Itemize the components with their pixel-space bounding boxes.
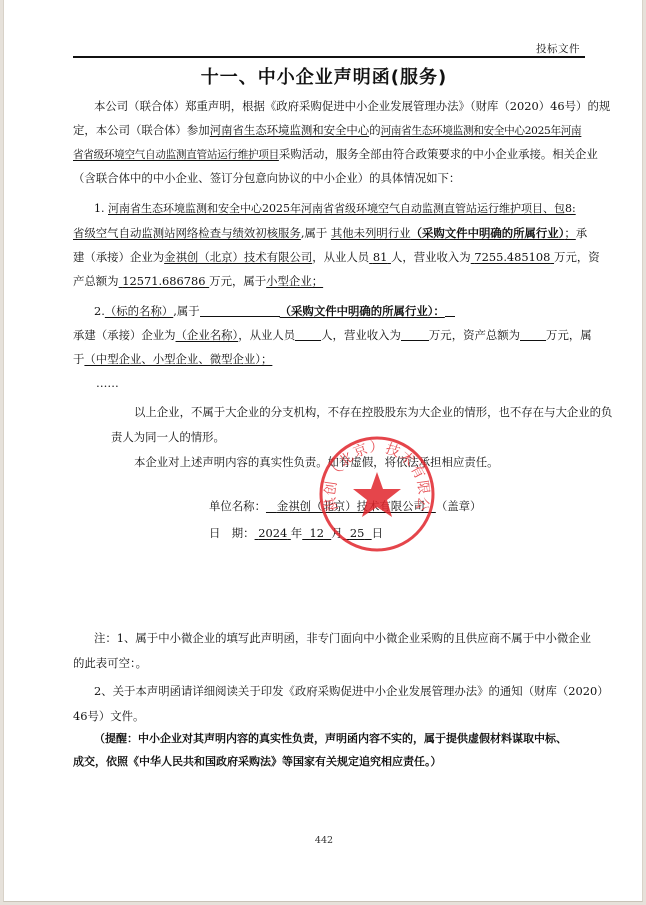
- assets-blank: [520, 329, 546, 341]
- intro-line-3: 省省级环境空气自动监测直管站运行维护项目采购活动，服务全部由符合政策要求的中小企…: [73, 146, 598, 163]
- industry-blank: [445, 305, 455, 317]
- intro-text: （财库（2020）46号）的规: [470, 99, 610, 113]
- document-page: 投标文件 十一、中小企业声明函(服务) 本公司（联合体）郑重声明，根据《政府采购…: [3, 0, 643, 902]
- date-label: 日 期：: [209, 526, 255, 540]
- company-seal-icon: 金祺创（北京）技术有限公司: [317, 434, 437, 554]
- label-text: ；: [564, 226, 575, 240]
- revenue-blank: [401, 329, 429, 341]
- ellipsis: ……: [96, 375, 119, 391]
- intro-text: 采购活动，服务全部由符合政策要求的中小企业承接。相关企业: [279, 147, 598, 161]
- item-number: 1.: [94, 202, 105, 215]
- label-text: ，从业人员: [238, 328, 295, 342]
- item-number: 2.: [94, 304, 105, 318]
- reminder-line-2: 成交，依照《中华人民共和国政府采购法》等国家有关规定追究相应责任。）: [73, 754, 442, 770]
- label-text: ,属于: [301, 226, 327, 240]
- law-title: 《政府采购促进中小企业发展管理办法》: [265, 99, 470, 113]
- item2-contractor: （企业名称）: [176, 328, 239, 342]
- item1-contractor: 金祺创（北京）技术有限公司: [164, 250, 312, 264]
- label-text: 万元，属: [546, 328, 592, 342]
- date-year: 2024: [258, 526, 287, 540]
- label-text: 万元，资: [554, 250, 600, 264]
- reminder-line-1: （提醒：中小企业对其声明内容的真实性负责，声明函内容不实的，属于提供虚假材料谋取…: [94, 731, 567, 747]
- unit-label: 单位名称：: [209, 499, 266, 513]
- header-rule: [73, 56, 585, 58]
- page-number: 442: [4, 835, 644, 846]
- label-text: 万元，资产总额为: [429, 328, 520, 342]
- intro-text: 本公司（联合体）郑重声明，根据: [94, 99, 265, 113]
- item1-industry: 其他未列明行业: [331, 226, 411, 240]
- label-text: 承建（承接）企业为: [73, 328, 176, 342]
- label-text: 人，营业收入为: [321, 328, 401, 342]
- item1-revenue: 7255.485108: [474, 250, 550, 264]
- intro-line-2: 定，本公司（联合体）参加河南省生态环境监测和安全中心的河南省生态环境监测和安全中…: [73, 122, 581, 139]
- purchaser-name: 河南省生态环境监测和安全中心: [210, 123, 369, 137]
- label-text: 于: [73, 352, 84, 366]
- item1-line-4: 产总额为 12571.686786 万元，属于小型企业；: [73, 273, 323, 289]
- item2-subject: （标的名称）: [105, 304, 173, 318]
- item1-line-1: 1. 河南省生态环境监测和安全中心2025年河南省省级环境空气自动监测直管站运行…: [94, 201, 576, 217]
- label-text: 年: [291, 526, 302, 540]
- industry-blank: [200, 305, 280, 317]
- item1-subject: 河南省生态环境监测和安全中心2025年河南省省级环境空气自动监测直管站运行维护项…: [108, 202, 576, 215]
- note-1-line-1: 注：1、属于中小微企业的填写此声明函，非专门面向中小微企业采购的且供应商不属于中…: [94, 630, 591, 646]
- item2-size: （中型企业、小型企业、微型企业）；: [84, 352, 272, 366]
- industry-note: （采购文件中明确的所属行业）: [411, 226, 565, 240]
- intro-text: 的: [369, 123, 380, 137]
- item1-staff: 81: [373, 250, 388, 264]
- seal-note: （盖章）: [436, 499, 482, 513]
- page-title: 十一、中小企业声明函(服务): [4, 63, 644, 89]
- note-2-line-1: 2、关于本声明函请详细阅读关于印发《政府采购促进中小企业发展管理办法》的通知（财…: [94, 683, 609, 699]
- item2-line-2: 承建（承接）企业为（企业名称），从业人员人，营业收入为万元，资产总额为万元，属: [73, 327, 592, 343]
- project-name: 省省级环境空气自动监测直管站运行维护项目: [73, 149, 279, 161]
- note-2-line-2: 46号）文件。: [73, 708, 144, 724]
- label-text: 建（承接）企业为: [73, 250, 164, 264]
- item1-line-3: 建（承接）企业为金祺创（北京）技术有限公司，从业人员 81 人，营业收入为 72…: [73, 249, 600, 265]
- intro-text: 定，本公司（联合体）参加: [73, 123, 210, 137]
- label-text: ，从业人员: [312, 250, 369, 264]
- item2-line-3: 于（中型企业、小型企业、微型企业）；: [73, 351, 272, 367]
- item1-line-2: 省级空气自动监测站网络检查与绩效初核服务,属于 其他未列明行业（采购文件中明确的…: [73, 225, 587, 241]
- header-label: 投标文件: [536, 41, 580, 56]
- label-text: 万元，属于: [209, 274, 266, 288]
- label-text: 承: [576, 226, 587, 240]
- declaration-line-1: 以上企业，不属于大企业的分支机构，不存在控股股东为大企业的情形，也不存在与大企业…: [134, 404, 612, 420]
- label-text: 产总额为: [73, 274, 119, 288]
- label-text: ,属于: [173, 304, 199, 318]
- intro-line-1: 本公司（联合体）郑重声明，根据《政府采购促进中小企业发展管理办法》（财库（202…: [94, 98, 610, 114]
- item2-line-1: 2.（标的名称）,属于（采购文件中明确的所属行业）：: [94, 303, 455, 319]
- industry-note: （采购文件中明确的所属行业）：: [280, 304, 445, 318]
- declaration-line-2: 责人为同一人的情形。: [111, 429, 225, 445]
- label-text: 人，营业收入为: [391, 250, 471, 264]
- intro-line-4: （含联合体中的中小企业、签订分包意向协议的中小企业）的具体情况如下：: [73, 170, 460, 186]
- item1-size: 小型企业；: [266, 274, 323, 288]
- note-1-line-2: 的此表可空：。: [73, 655, 147, 671]
- item1-assets: 12571.686786: [122, 274, 205, 288]
- project-name: 河南省生态环境监测和安全中心2025年河南: [381, 125, 582, 137]
- item1-subject: 省级空气自动监测站网络检查与绩效初核服务: [73, 226, 301, 240]
- staff-blank: [295, 329, 321, 341]
